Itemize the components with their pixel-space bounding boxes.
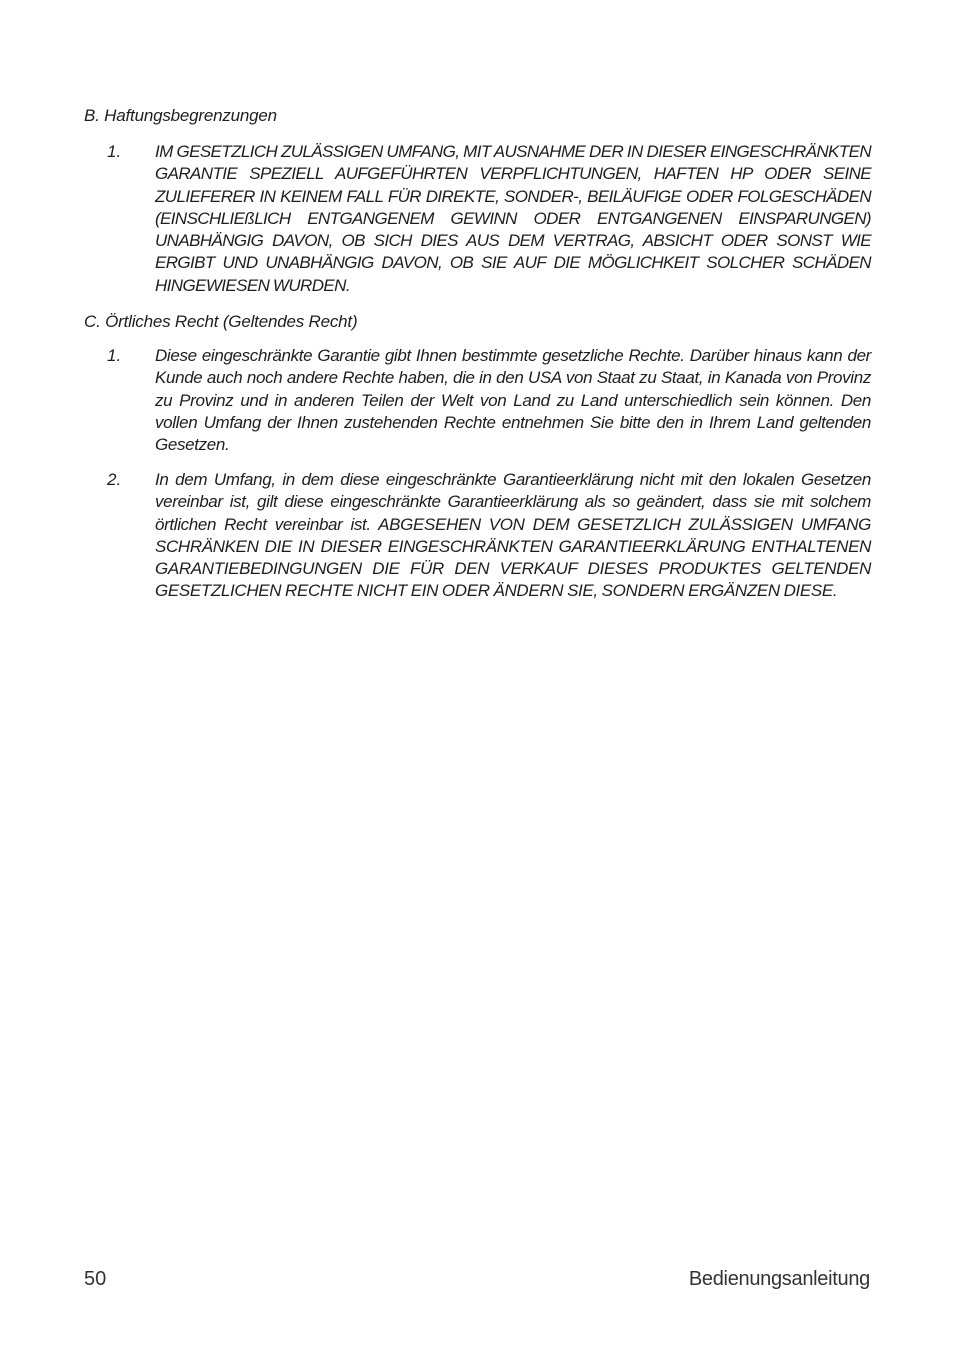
list-item: 1. IM GESETZLICH ZULÄSSIGEN UMFANG, MIT …	[107, 141, 871, 297]
item-text: Diese eingeschränkte Garantie gibt Ihnen…	[155, 345, 871, 456]
item-number: 1.	[107, 141, 147, 163]
document-page: B. Haftungsbegrenzungen 1. IM GESETZLICH…	[0, 0, 954, 1350]
item-number: 2.	[107, 469, 147, 491]
section-heading-local-law: C. Örtliches Recht (Geltendes Recht)	[84, 311, 357, 333]
document-title: Bedienungsanleitung	[689, 1268, 870, 1291]
item-text: IM GESETZLICH ZULÄSSIGEN UMFANG, MIT AUS…	[155, 141, 871, 297]
list-item: 1. Diese eingeschränkte Garantie gibt Ih…	[107, 345, 871, 456]
item-text: In dem Umfang, in dem diese eingeschränk…	[155, 469, 871, 603]
list-item: 2. In dem Umfang, in dem diese eingeschr…	[107, 469, 871, 603]
item-number: 1.	[107, 345, 147, 367]
page-number: 50	[84, 1268, 106, 1291]
section-heading-liability: B. Haftungsbegrenzungen	[84, 105, 277, 127]
